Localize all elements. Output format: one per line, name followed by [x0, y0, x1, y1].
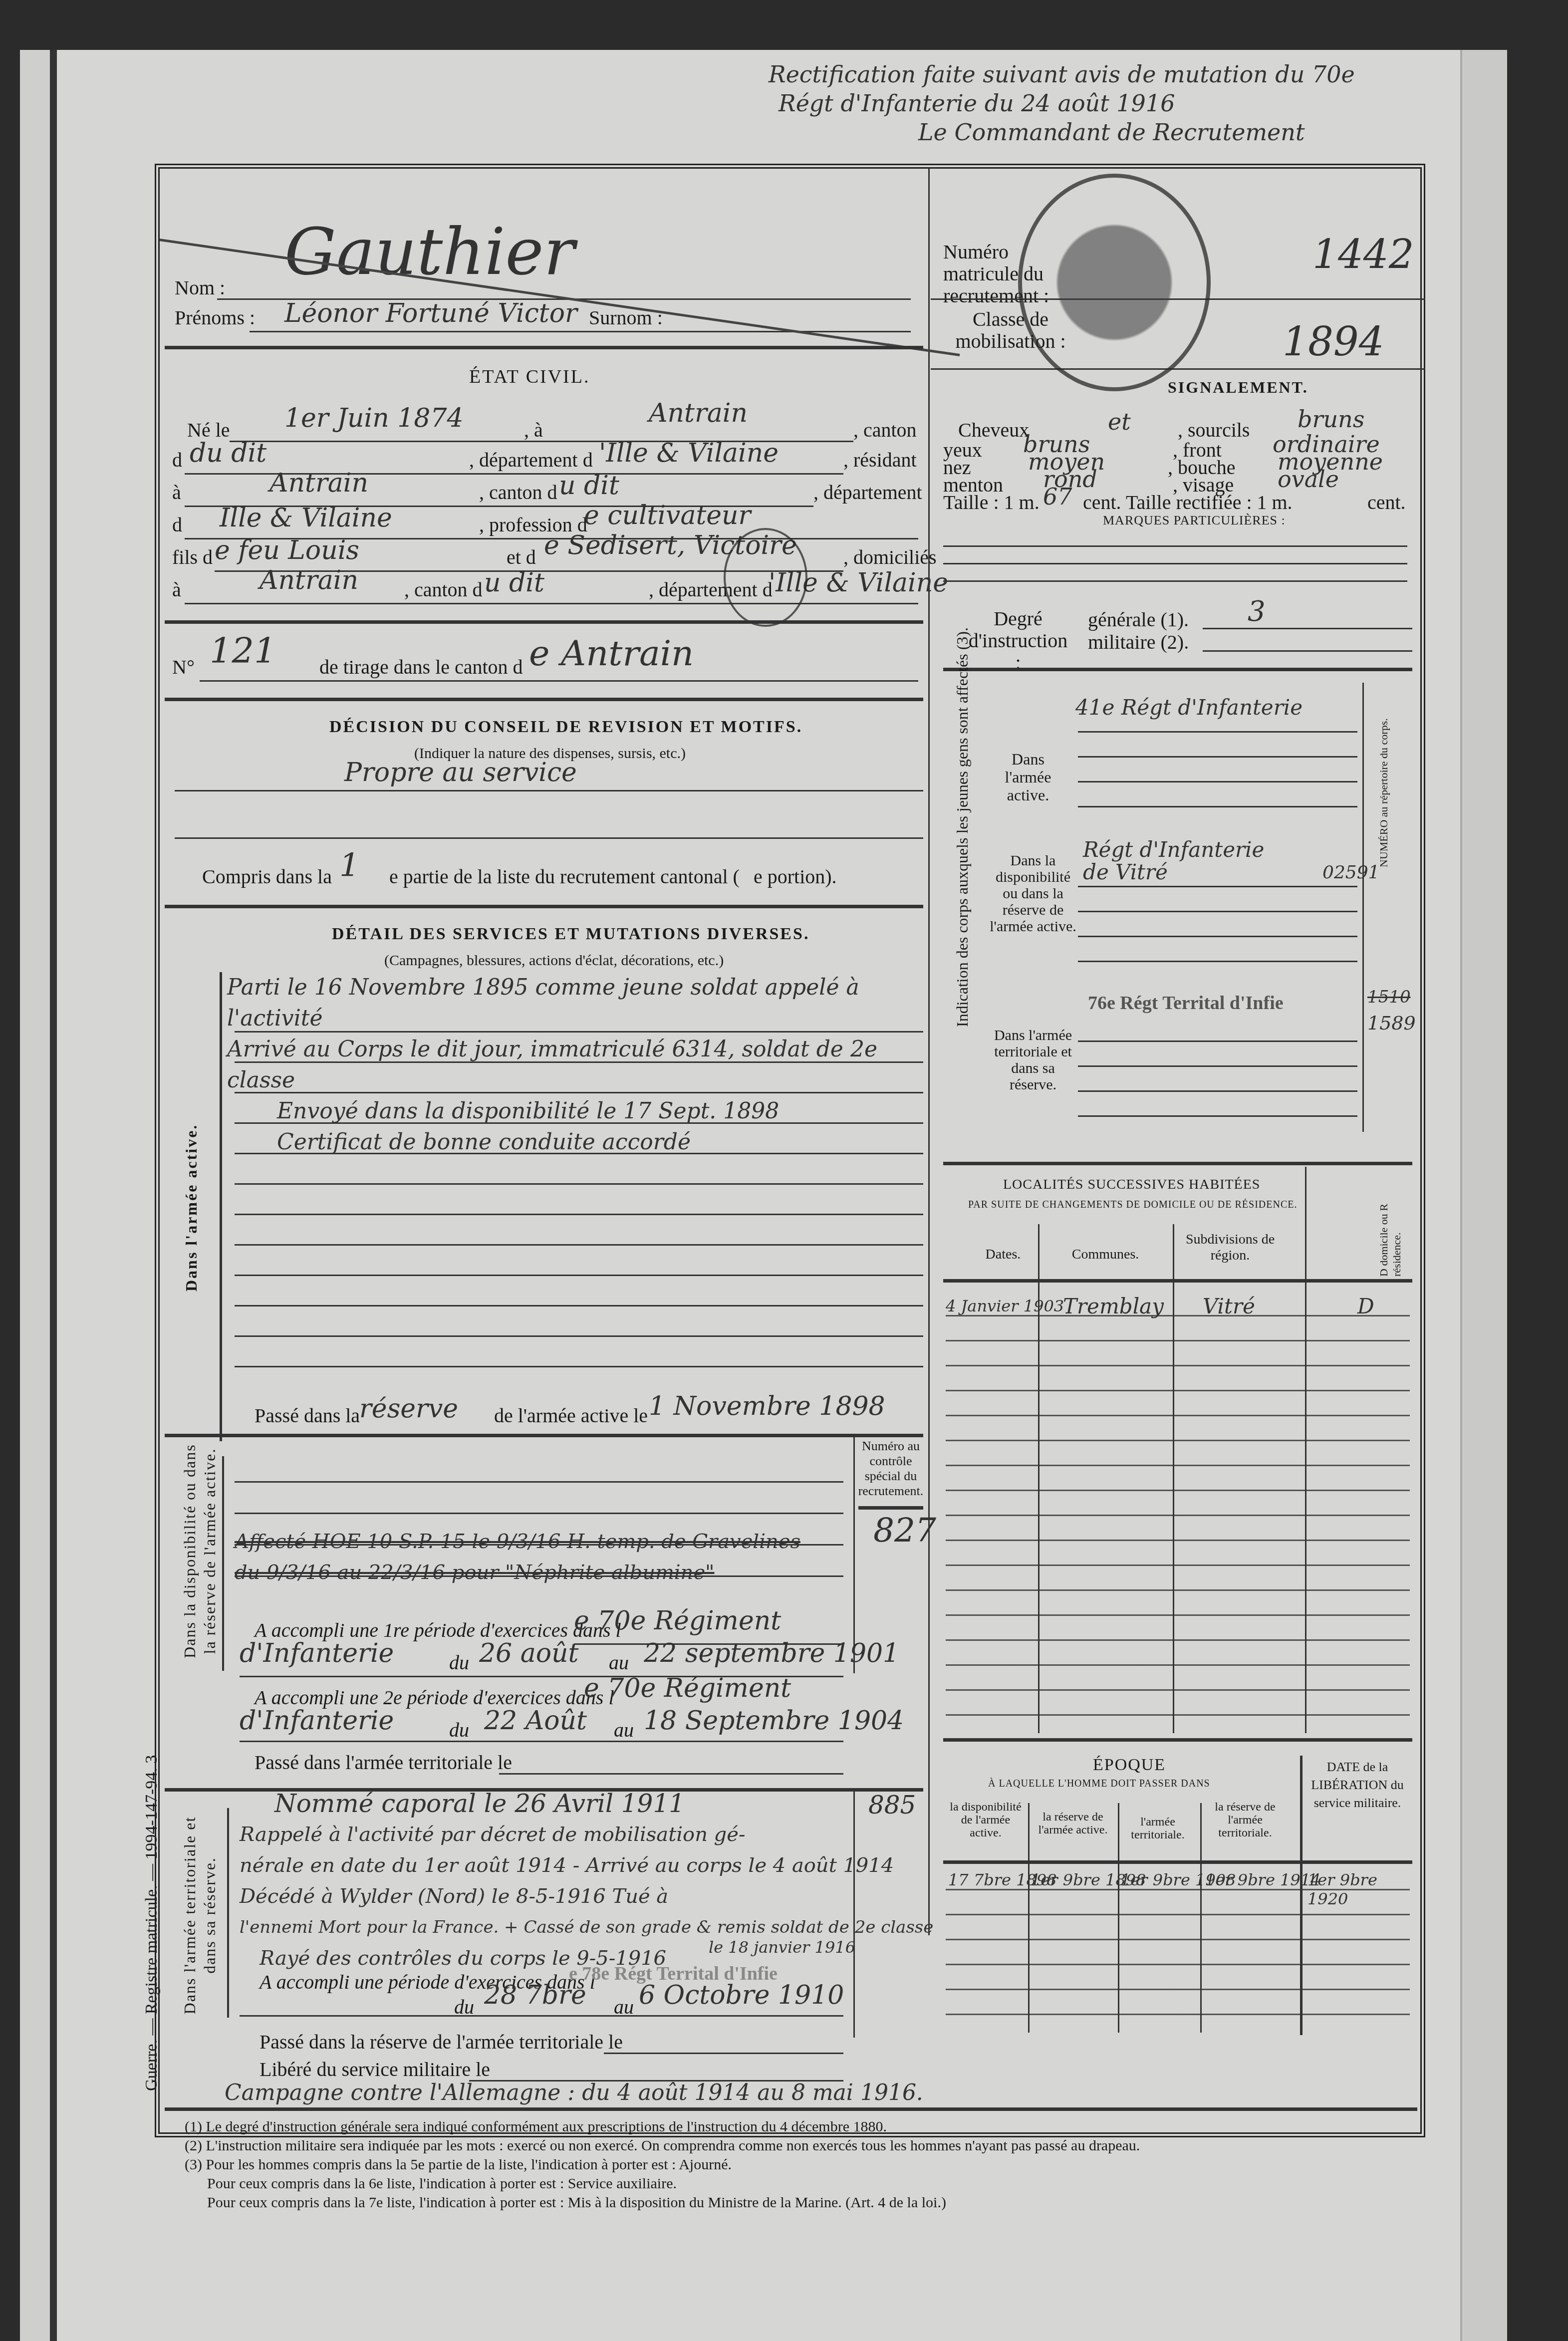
- etat-civil-bottom-rule: [165, 620, 923, 624]
- corps-dispo-label: Dans la disponibilité ou dans la réserve…: [988, 852, 1078, 935]
- canton-label: , canton: [853, 418, 917, 442]
- periode1-du-label: du: [449, 1651, 469, 1674]
- generale-label: générale (1).: [1088, 608, 1189, 631]
- numero-controle-header: Numéro au contrôle spécial du recrutemen…: [856, 1439, 926, 1499]
- degre-label: Degré d'instruction :: [968, 608, 1068, 674]
- register-page: Guerre. — Registre matricule. — 1994-147…: [20, 50, 1507, 2341]
- corps-territoriale-numero-struck: 1510: [1367, 987, 1411, 1007]
- localites-header-rule: [943, 1279, 1412, 1283]
- visage-value: ovale: [1278, 466, 1339, 493]
- cent-label: cent.: [1367, 491, 1406, 514]
- dom-a-value: Antrain: [260, 565, 358, 595]
- epoque-col-3: l'armée territoriale.: [1120, 1816, 1195, 1841]
- compris-value: 1: [339, 847, 360, 884]
- prenoms-value: Léonor Fortuné Victor: [284, 298, 577, 328]
- departement-value: 'Ille & Vilaine: [599, 438, 779, 468]
- etat-civil-title: ÉTAT CIVIL.: [469, 366, 590, 388]
- disponibilite-line: du 9/3/16 au 22/3/16 pour "Néphrite albu…: [235, 1557, 873, 1588]
- sourcils-value: bruns: [1298, 406, 1364, 433]
- marques-line-3: [943, 580, 1407, 582]
- periode2-du-label: du: [449, 1718, 469, 1742]
- corps-numero-divider: [1362, 683, 1364, 1132]
- residant-value: Antrain: [269, 468, 368, 498]
- footnote-3: (3) Pour les hommes compris dans la 5e p…: [185, 2155, 1407, 2174]
- marques-label: MARQUES PARTICULIÈRES :: [1103, 513, 1286, 528]
- classe-value: 1894: [1283, 318, 1384, 365]
- birth-town-value: Antrain: [649, 398, 748, 428]
- tirage-bottom-rule: [165, 698, 923, 701]
- passe-mid-label: de l'armée active le: [494, 1404, 648, 1427]
- militaire-line: [1203, 650, 1412, 652]
- passe-territoriale-label: Passé dans l'armée territoriale le: [255, 1751, 512, 1774]
- marques-line-1: [943, 545, 1407, 547]
- corps-territoriale-lines: [1078, 1017, 1357, 1137]
- localites-bottom-rule: [943, 1738, 1412, 1742]
- matricule-value: 1442: [1312, 231, 1414, 277]
- disponibilite-bracket: [222, 1456, 224, 1671]
- generale-value: 3: [1248, 595, 1266, 628]
- prenoms-label: Prénoms :: [175, 306, 255, 329]
- numero-controle-value: 827: [873, 1511, 936, 1550]
- signalement-title: SIGNALEMENT.: [1168, 378, 1308, 397]
- father-value: e feu Louis: [215, 535, 359, 565]
- campagne-value: Campagne contre l'Allemagne : du 4 août …: [225, 2080, 923, 2105]
- corps-territoriale-label: Dans l'armée territoriale et dans sa rés…: [991, 1027, 1075, 1093]
- corps-bottom-rule: [943, 1162, 1412, 1165]
- epoque-col-2: la réserve de l'armée active.: [1031, 1811, 1115, 1836]
- territoriale-section-label: Dans l'armée territoriale et dans sa rés…: [180, 1811, 220, 2020]
- rectification-line-3: Le Commandant de Recrutement: [769, 118, 1492, 147]
- tirage-canton-value: e Antrain: [529, 633, 694, 674]
- footnote-5: Pour ceux compris dans la 7e liste, l'in…: [185, 2193, 1407, 2212]
- passe-reserve-line: [604, 2053, 843, 2054]
- dom-canton-value: u dit: [484, 568, 544, 598]
- footnote-1: (1) Le degré d'instruction générale sera…: [185, 2117, 1407, 2136]
- epoque-title: ÉPOQUE: [1093, 1756, 1166, 1775]
- tirage-no-value: 121: [210, 630, 276, 671]
- epoque-col-1: la disponibilité de l'armée active.: [946, 1801, 1026, 1839]
- corps-territoriale-value: 76e Régt Territal d'Infie: [1088, 992, 1284, 1014]
- rectification-line-2: Régt d'Infanterie du 24 août 1916: [769, 89, 1492, 118]
- localites-col-dates: Dates.: [968, 1247, 1038, 1263]
- decision-line-2: [175, 837, 923, 839]
- periode2-line2: [240, 1741, 843, 1742]
- periode2-value: e 70e Régiment: [584, 1673, 791, 1703]
- tirage-label: de tirage dans le canton d: [319, 655, 523, 679]
- territoriale-line: nérale en date du 1er août 1914 - Arrivé…: [240, 1850, 998, 1881]
- generale-line: [1203, 628, 1412, 629]
- territoriale-margin-note: le 18 janvier 1916: [709, 1938, 855, 1957]
- territoriale-periode-line: [240, 2015, 843, 2017]
- services-title: DÉTAIL DES SERVICES ET MUTATIONS DIVERSE…: [332, 925, 809, 944]
- epoque-ruled-lines: [946, 1865, 1410, 2030]
- departement2-value: Ille & Vilaine: [220, 503, 392, 533]
- decision-bottom-rule: [165, 905, 923, 908]
- periode2-au-value: 18 Septembre 1904: [644, 1706, 904, 1736]
- periode2-line2-value: d'Infanterie: [240, 1706, 394, 1736]
- disponibilite-line: Affecté HOE 10 S.P. 15 le 9/3/16 H. temp…: [235, 1526, 873, 1557]
- rectification-line-1: Rectification faite suivant avis de muta…: [769, 60, 1492, 89]
- tirage-no-label: N°: [172, 655, 195, 679]
- corps-vertical-label: Indication des corps auxquels les jeunes…: [953, 627, 972, 1027]
- passe-label: Passé dans la: [255, 1404, 360, 1427]
- ne-le-value: 1er Juin 1874: [284, 403, 464, 433]
- departement-label: , département d: [469, 448, 593, 472]
- domicile-line: [185, 603, 918, 604]
- a-label: , à: [524, 418, 543, 442]
- periode1-au-label: au: [609, 1651, 629, 1674]
- services-ruled-lines: [235, 1002, 923, 1391]
- services-subtitle: (Campagnes, blessures, actions d'éclat, …: [384, 952, 724, 969]
- footnote-4: Pour ceux compris dans la 6e liste, l'in…: [185, 2174, 1407, 2193]
- compris-label: Compris dans la: [202, 865, 332, 888]
- localites-ruled-lines: [946, 1292, 1410, 1731]
- portion-suffix: e portion).: [754, 865, 837, 888]
- epoque-subtitle: À LAQUELLE L'HOMME DOIT PASSER DANS: [988, 1778, 1210, 1790]
- territoriale-au-value: 6 Octobre 1910: [639, 1980, 844, 2010]
- periode1-au-value: 22 septembre 1901: [644, 1638, 899, 1668]
- canton-prefix: d: [172, 448, 182, 472]
- corps-active-lines: [1078, 708, 1357, 812]
- passe-territoriale-line: [499, 1773, 843, 1775]
- residant-a-label: à: [172, 481, 181, 504]
- dom-canton-label: , canton d: [404, 578, 483, 601]
- footnotes: (1) Le degré d'instruction générale sera…: [185, 2117, 1407, 2212]
- taille-value: 67: [1043, 483, 1072, 510]
- services-section-label: Dans l'armée active.: [182, 1124, 201, 1292]
- registration-form: Nom : Gauthier Prénoms : Léonor Fortuné …: [155, 164, 1425, 2137]
- territoriale-lines: Nommé caporal le 26 Avril 1911 Rappelé à…: [240, 1788, 998, 1974]
- passe-value: réserve: [359, 1394, 458, 1424]
- recruitment-office-stamp: [1018, 174, 1211, 391]
- canton2-label: , canton d: [479, 481, 557, 504]
- decision-line-1: [175, 790, 923, 791]
- cheveux-value: et: [1108, 408, 1131, 435]
- decision-title: DÉCISION DU CONSEIL DE REVISION ET MOTIF…: [329, 718, 802, 737]
- territoriale-bottom-rule: [165, 2107, 1417, 2111]
- corps-active-label: Dans l'armée active.: [991, 750, 1065, 804]
- corps-numero-label: NUMÉRO au répertoire du corps.: [1377, 718, 1390, 867]
- periode1-value: e 70e Régiment: [574, 1606, 781, 1636]
- territoriale-bracket: [227, 1808, 229, 2018]
- page-right-edge: [1460, 50, 1507, 2341]
- domicilies-label: , domiciliés: [843, 545, 937, 569]
- localites-col-communes: Communes.: [1043, 1247, 1168, 1263]
- libere-label: Libéré du service militaire le: [260, 2058, 490, 2081]
- passe-date: 1 Novembre 1898: [649, 1391, 885, 1421]
- dom-a-label: à: [172, 578, 181, 601]
- corps-territoriale-numero: 1589: [1367, 1012, 1416, 1034]
- mairie-stamp: [724, 528, 807, 627]
- epoque-header-rule: [943, 1860, 1412, 1864]
- page-spine: [20, 50, 57, 2341]
- rectification-annotation: Rectification faite suivant avis de muta…: [769, 60, 1492, 147]
- fils-label: fils d: [172, 545, 213, 569]
- services-bottom-rule: [165, 1434, 923, 1437]
- decision-value: Propre au service: [344, 758, 577, 787]
- taille-cent-label: cent. Taille rectifiée : 1 m.: [1083, 491, 1293, 514]
- residant-label: , résidant: [843, 448, 917, 472]
- periode1-line2-value: d'Infanterie: [240, 1638, 394, 1668]
- passe-reserve-label: Passé dans la réserve de l'armée territo…: [260, 2030, 623, 2054]
- compris-suffix: e partie de la liste du recrutement cant…: [389, 865, 740, 888]
- departement2-d-label: d: [172, 513, 182, 536]
- canton-value: du dit: [190, 438, 266, 468]
- column-divider: [928, 169, 930, 1935]
- localites-col-subdivisions: Subdivisions de région.: [1173, 1232, 1288, 1264]
- taille-label: Taille : 1 m.: [943, 491, 1040, 514]
- liberation-header: DATE de la LIBÉRATION du service militai…: [1307, 1758, 1407, 1812]
- periode2-du-value: 22 Août: [484, 1706, 587, 1736]
- periode1-du-value: 26 août: [479, 1638, 578, 1668]
- territoriale-du-value: 28 7bre: [484, 1980, 586, 2010]
- localites-title: LOCALITÉS SUCCESSIVES HABITÉES: [1003, 1177, 1260, 1193]
- localites-subtitle: PAR SUITE DE CHANGEMENTS DE DOMICILE OU …: [968, 1199, 1297, 1211]
- corps-dispo-lines: [1078, 862, 1357, 982]
- territoriale-line: l'ennemi Mort pour la France. + Cassé de…: [240, 1912, 998, 1943]
- departement2-label: , département: [813, 481, 922, 504]
- footnote-2: (2) L'instruction militaire sera indiqué…: [185, 2136, 1407, 2155]
- services-bracket: [220, 972, 222, 1441]
- canton2-value: u dit: [559, 471, 619, 501]
- et-de-label: et d: [507, 545, 536, 569]
- epoque-col-4: la réserve de l'armée territoriale.: [1203, 1801, 1288, 1839]
- nom-label: Nom :: [175, 276, 225, 299]
- identity-bottom-rule: [165, 346, 923, 349]
- territoriale-line: Décédé à Wylder (Nord) le 8-5-1916 Tué à: [240, 1881, 998, 1912]
- territoriale-line: Nommé caporal le 26 Avril 1911: [240, 1788, 998, 1819]
- numero-controle-rule: [858, 1506, 923, 1510]
- territoriale-line: Rappelé à l'activité par décret de mobil…: [240, 1819, 998, 1850]
- classe-rule: [931, 368, 1425, 370]
- marques-line-2: [943, 563, 1407, 564]
- profession-value: e cultivateur: [584, 501, 751, 530]
- corps-dispo-value-1: Régt d'Infanterie: [1083, 837, 1264, 862]
- militaire-label: militaire (2).: [1088, 630, 1189, 654]
- tirage-line: [200, 680, 918, 682]
- instruction-bottom-rule: [943, 668, 1412, 671]
- disponibilite-section-label: Dans la disponibilité ou dans la réserve…: [180, 1436, 220, 1666]
- disponibilite-lines: Affecté HOE 10 S.P. 15 le 9/3/16 H. temp…: [235, 1526, 873, 1588]
- localites-col-dr: D domicile ou R résidence.: [1377, 1187, 1403, 1277]
- periode2-au-label: au: [614, 1718, 634, 1742]
